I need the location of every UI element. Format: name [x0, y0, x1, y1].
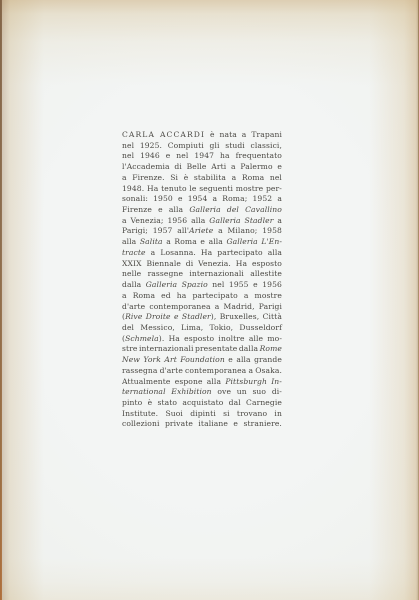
text-line: CARLAACCARDIènataaTrapani [122, 130, 282, 141]
text-line: XXIXBiennalediVenezia.Haesposto [122, 259, 282, 270]
text-line: (RiveDroiteeStadler),Bruxelles,Città [122, 312, 282, 323]
text-line: allaSalitaaRomaeallaGalleriaL'En- [122, 237, 282, 248]
biography-paragraph: CARLAACCARDIènataaTrapaninel1925.Compiut… [122, 130, 282, 430]
text-line: NewYorkArtFoundationeallagrande [122, 355, 282, 366]
text-line: streinternazionalipresentatedallaRome [122, 344, 282, 355]
text-line: collezioniprivateitalianeestraniere. [122, 419, 282, 430]
text-line: AttualmenteesponeallaPittsburghIn- [122, 377, 282, 388]
text-line: dallaGalleriaSpazionel1955e1956 [122, 280, 282, 291]
text-line: nel1946enel1947hafrequentato [122, 151, 282, 162]
book-page: CARLAACCARDIènataaTrapaninel1925.Compiut… [0, 0, 419, 600]
text-line: tracteaLosanna.Hapartecipatoalla [122, 248, 282, 259]
text-line: d'artecontemporaneaaMadrid,Parigi [122, 302, 282, 313]
text-line: aRomaedhapartecipatoamostre [122, 291, 282, 302]
text-line: aVenezia;1956allaGalleriaStadlera [122, 216, 282, 227]
text-line: delMessico,Lima,Tokio,Dusseldorf [122, 323, 282, 334]
text-line: 1948.Hatenutoleseguentimostreper- [122, 184, 282, 195]
text-line: nel1925.Compiutiglistudiclassici, [122, 141, 282, 152]
text-line: (Schmela).Haespostoinoltreallemo- [122, 334, 282, 345]
text-line: Institute.Suoidipintisitrovanoin [122, 409, 282, 420]
text-line: l'AccademiadiBelleArtiaPalermoe [122, 162, 282, 173]
text-line: pintoèstatoacquistatodalCarnegie [122, 398, 282, 409]
text-line: aFirenze.SièstabilitaaRomanel [122, 173, 282, 184]
text-line: FirenzeeallaGalleriadelCavallino [122, 205, 282, 216]
page-edge-left [0, 0, 2, 600]
text-line: nellerassegneinternazionaliallestite [122, 269, 282, 280]
text-line: Parigi;1957all'ArieteaMilano;1958 [122, 226, 282, 237]
text-line: rassegnad'artecontemporaneaaOsaka. [122, 366, 282, 377]
text-line: sonali:1950e1954aRoma;1952a [122, 194, 282, 205]
text-line: ternationalExhibitionoveunsuodi- [122, 387, 282, 398]
